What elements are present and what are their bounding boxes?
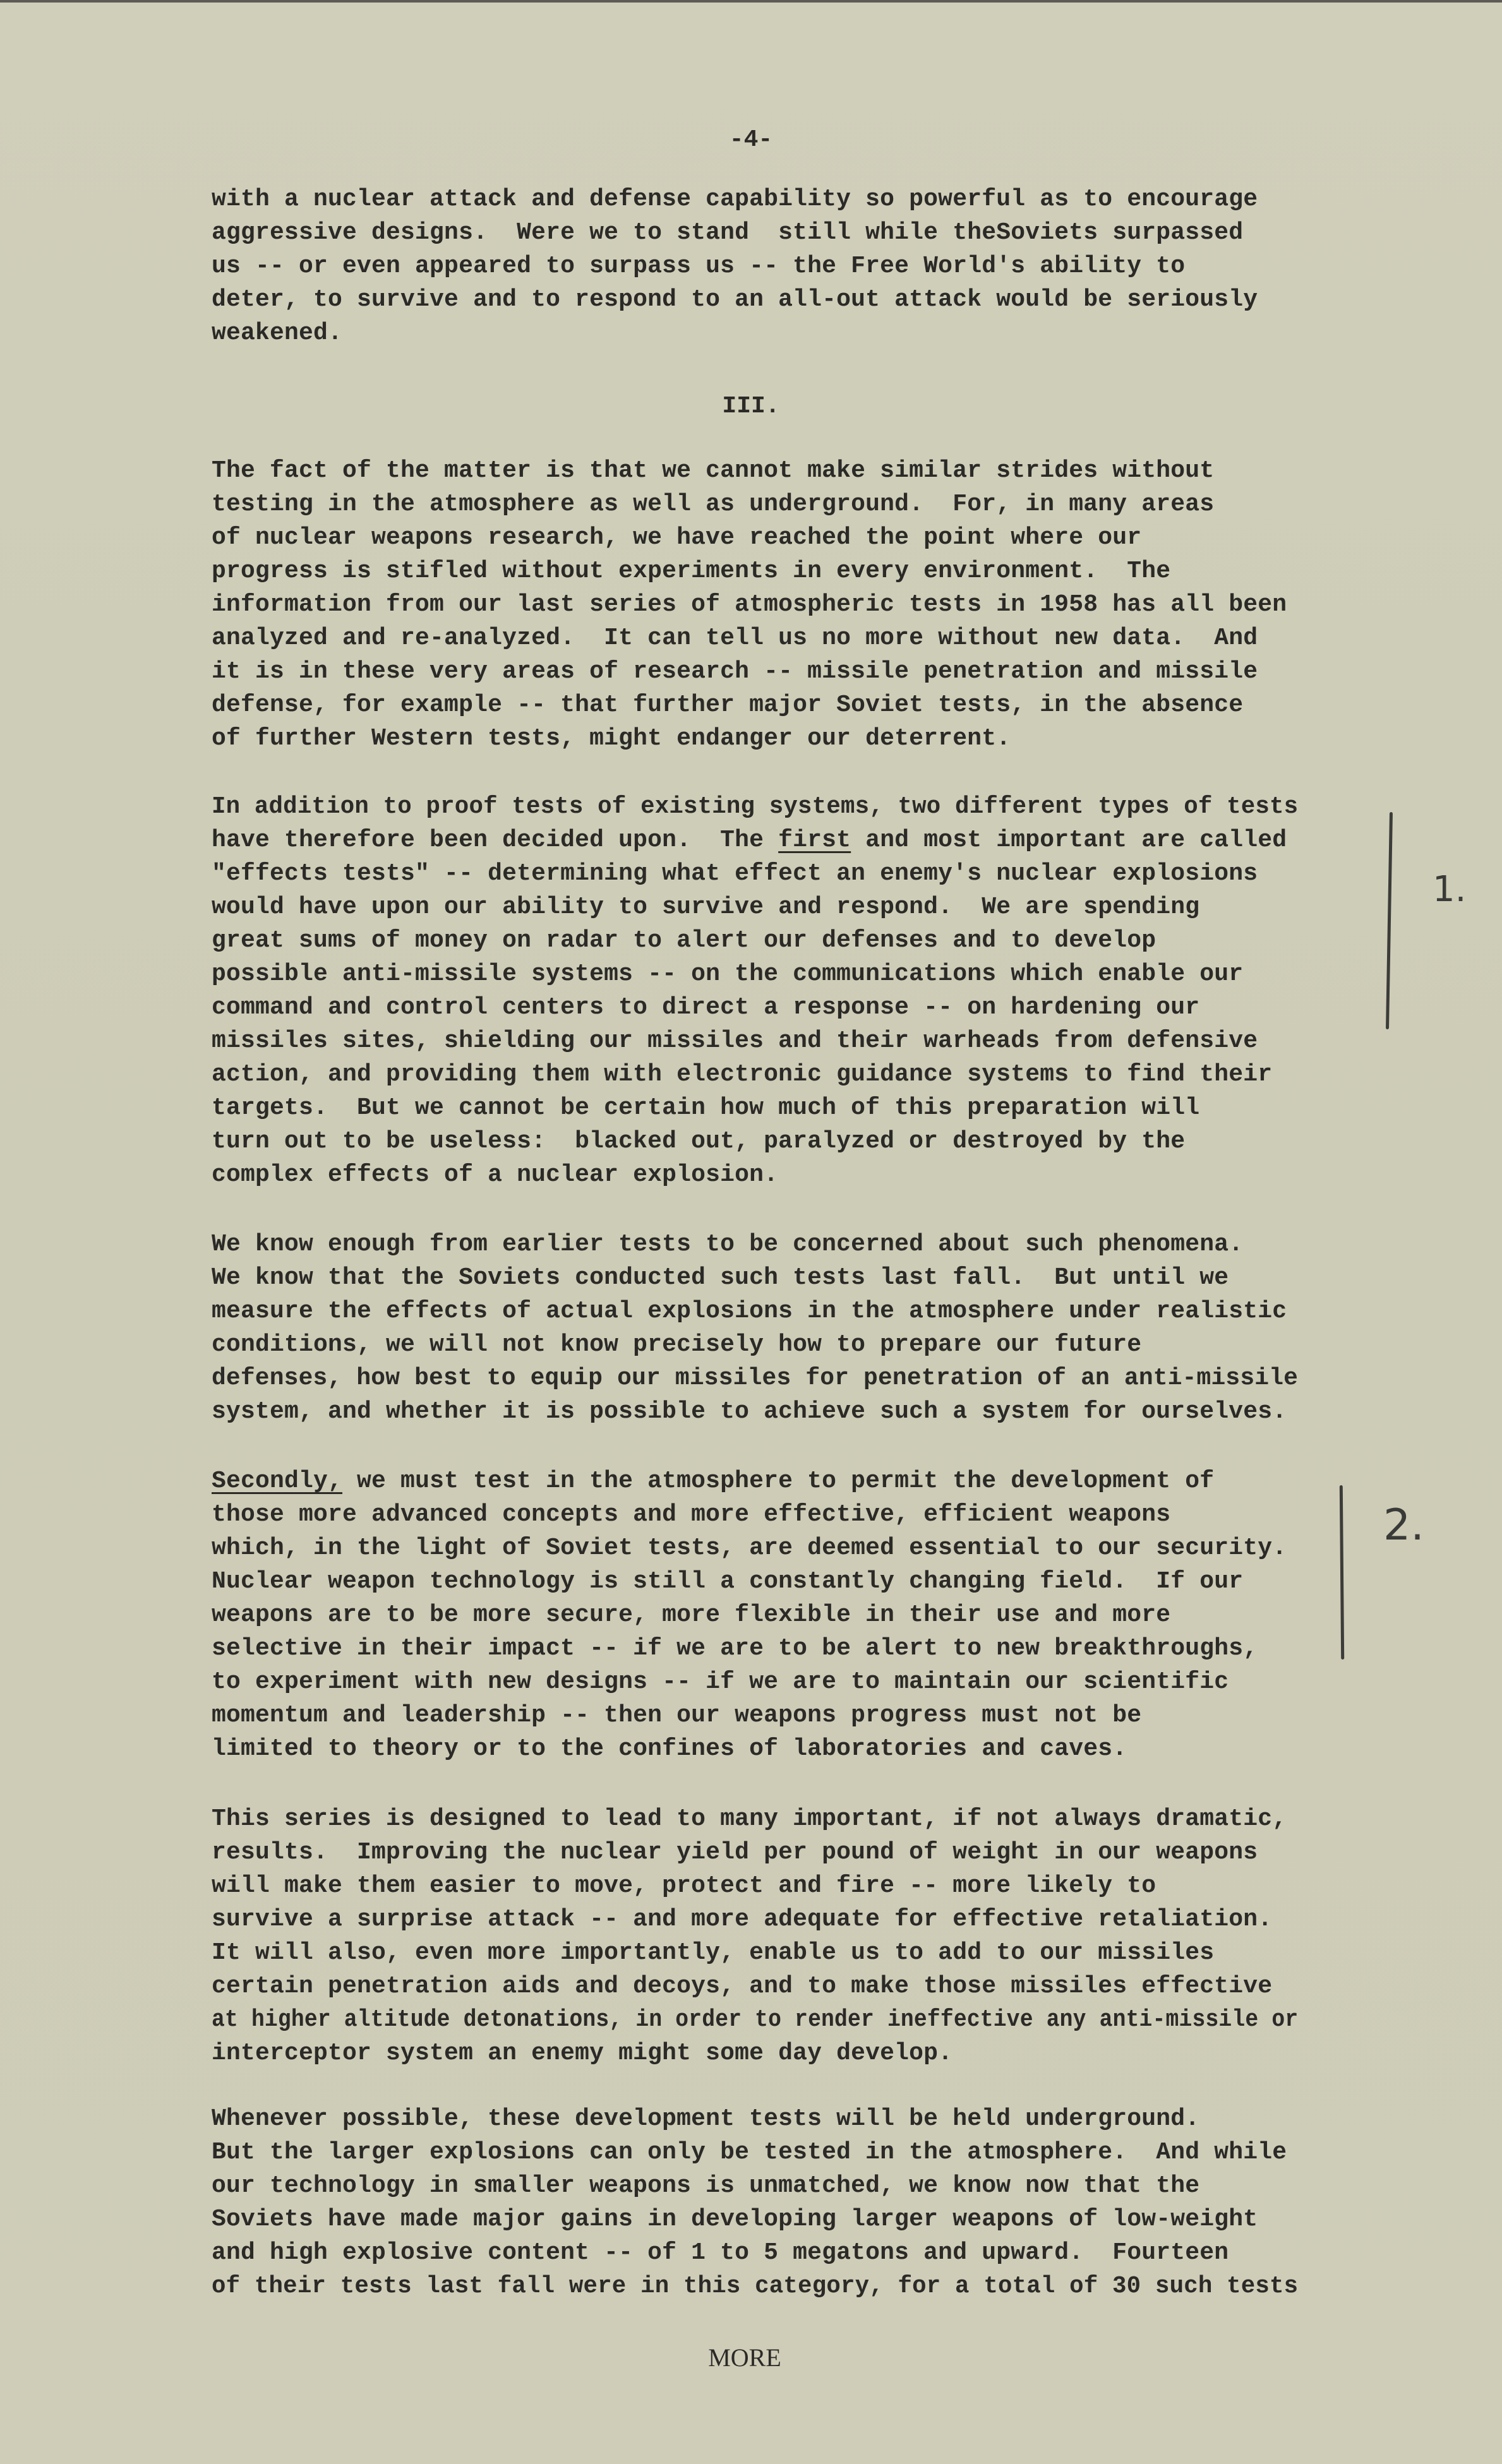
section-heading: III. (0, 393, 1502, 420)
text-segment: have therefore been decided upon. The (212, 827, 778, 854)
text-line: complex effects of a nuclear explosion. (212, 1161, 778, 1189)
text-line: We know enough from earlier tests to be … (212, 1231, 1243, 1259)
underlined-word: first (778, 827, 851, 854)
page-number: -4- (0, 126, 1502, 153)
text-line: limited to theory or to the confines of … (212, 1735, 1127, 1763)
underlined-word: Secondly, (212, 1468, 342, 1495)
text-line: Nuclear weapon technology is still a con… (212, 1568, 1243, 1596)
text-line: selective in their impact -- if we are t… (212, 1635, 1258, 1663)
text-line: at higher altitude detonations, in order… (212, 2006, 1298, 2034)
text-line: weapons are to be more secure, more flex… (212, 1601, 1170, 1629)
text-line: aggressive designs. Were we to stand sti… (212, 219, 1243, 247)
text-line: with a nuclear attack and defense capabi… (212, 186, 1258, 213)
text-line: it is in these very areas of research --… (212, 658, 1258, 686)
text-line: This series is designed to lead to many … (212, 1805, 1287, 1833)
text-line: It will also, even more importantly, ena… (212, 1939, 1214, 1967)
text-line: possible anti-missile systems -- on the … (212, 960, 1243, 988)
text-line: In addition to proof tests of existing s… (212, 793, 1298, 821)
text-line: Secondly, we must test in the atmosphere… (212, 1468, 1214, 1495)
margin-annotation-1: 1. (1433, 869, 1466, 910)
text-line: analyzed and re-analyzed. It can tell us… (212, 625, 1258, 652)
text-line: of further Western tests, might endanger… (212, 725, 1011, 753)
margin-annotation-2: 2. (1383, 1500, 1424, 1550)
margin-bracket-line (1340, 1485, 1344, 1660)
text-line: system, and whether it is possible to ac… (212, 1398, 1287, 1426)
text-line: Soviets have made major gains in develop… (212, 2206, 1258, 2234)
text-line: to experiment with new designs -- if we … (212, 1668, 1229, 1696)
text-line: turn out to be useless: blacked out, par… (212, 1128, 1185, 1156)
text-line: great sums of money on radar to alert ou… (212, 927, 1156, 955)
text-line: and high explosive content -- of 1 to 5 … (212, 2239, 1229, 2267)
text-line: survive a surprise attack -- and more ad… (212, 1906, 1272, 1934)
text-line: progress is stifled without experiments … (212, 558, 1170, 585)
text-line: command and control centers to direct a … (212, 994, 1199, 1022)
text-line: would have upon our ability to survive a… (212, 894, 1199, 921)
text-line: interceptor system an enemy might some d… (212, 2040, 952, 2067)
text-line: testing in the atmosphere as well as und… (212, 491, 1214, 518)
text-line: defense, for example -- that further maj… (212, 691, 1243, 719)
text-segment: and most important are called (851, 827, 1287, 854)
text-line: have therefore been decided upon. The fi… (212, 827, 1287, 854)
text-line: targets. But we cannot be certain how mu… (212, 1094, 1199, 1122)
text-line: action, and providing them with electron… (212, 1061, 1272, 1089)
text-line: We know that the Soviets conducted such … (212, 1264, 1229, 1292)
text-line: conditions, we will not know precisely h… (212, 1331, 1141, 1359)
text-line: momentum and leadership -- then our weap… (212, 1702, 1141, 1730)
text-line: "effects tests" -- determining what effe… (212, 860, 1258, 888)
text-line: missiles sites, shielding our missiles a… (212, 1027, 1258, 1055)
document-page: -4- with a nuclear attack and defense ca… (0, 0, 1502, 2464)
text-line: of their tests last fall were in this ca… (212, 2273, 1298, 2300)
text-line: deter, to survive and to respond to an a… (212, 286, 1258, 314)
text-line: which, in the light of Soviet tests, are… (212, 1534, 1287, 1562)
text-line: of nuclear weapons research, we have rea… (212, 524, 1141, 552)
text-line: defenses, how best to equip our missiles… (212, 1365, 1298, 1392)
continuation-marker: MORE (0, 2343, 1496, 2372)
text-line: weakened. (212, 320, 342, 347)
text-line: Whenever possible, these development tes… (212, 2105, 1199, 2133)
margin-bracket-line (1386, 812, 1393, 1029)
text-line: our technology in smaller weapons is unm… (212, 2172, 1199, 2200)
text-line: certain penetration aids and decoys, and… (212, 1973, 1272, 2001)
text-line: But the larger explosions can only be te… (212, 2139, 1287, 2167)
text-line: us -- or even appeared to surpass us -- … (212, 253, 1185, 280)
text-line: results. Improving the nuclear yield per… (212, 1839, 1258, 1867)
text-line: information from our last series of atmo… (212, 591, 1287, 619)
text-line: will make them easier to move, protect a… (212, 1872, 1156, 1900)
text-line: The fact of the matter is that we cannot… (212, 457, 1214, 485)
text-segment: we must test in the atmosphere to permit… (342, 1468, 1214, 1495)
text-line: measure the effects of actual explosions… (212, 1298, 1287, 1325)
text-line: those more advanced concepts and more ef… (212, 1501, 1170, 1529)
